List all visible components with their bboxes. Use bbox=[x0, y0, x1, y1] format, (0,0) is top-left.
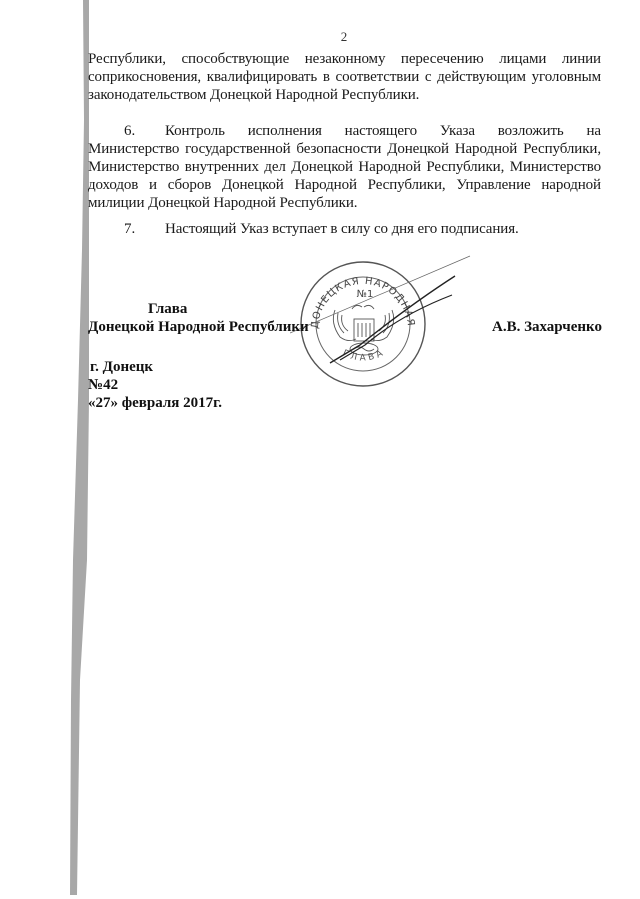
footer-date: «27» февраля 2017г. bbox=[88, 394, 222, 412]
signature-title-line-1: Глава bbox=[148, 300, 187, 318]
continuation-line-3: законодательством Донецкой Народной Респ… bbox=[88, 86, 601, 104]
item-6-line-3: Министерство внутренних дел Донецкой Нар… bbox=[88, 158, 601, 176]
item-7-number: 7. bbox=[124, 220, 135, 238]
footer-decree-number: №42 bbox=[88, 376, 118, 394]
signature-strokes bbox=[290, 256, 470, 363]
continuation-line-2: соприкосновения, квалифицировать в соотв… bbox=[88, 68, 601, 86]
item-7-line-1: Настоящий Указ вступает в силу со дня ег… bbox=[165, 220, 601, 238]
signature-title-line-2: Донецкой Народной Республики bbox=[88, 318, 309, 336]
page-number: 2 bbox=[338, 29, 350, 45]
continuation-line-1: Республики, способствующие незаконному п… bbox=[88, 50, 601, 68]
signatory-name: А.В. Захарченко bbox=[492, 318, 602, 336]
item-6-line-5: милиции Донецкой Народной Республики. bbox=[88, 194, 601, 212]
item-6-number: 6. bbox=[124, 122, 135, 140]
footer-city: г. Донецк bbox=[90, 358, 153, 376]
item-6-line-1: Контроль исполнения настоящего Указа воз… bbox=[165, 122, 601, 140]
official-stamp: ДОНЕЦКАЯ НАРОДНАЯ РЕСПУБЛИКА ГЛАВА №1 bbox=[290, 245, 490, 405]
item-6-line-2: Министерство государственной безопасност… bbox=[88, 140, 601, 158]
item-6-line-4: доходов и сборов Донецкой Народной Респу… bbox=[88, 176, 601, 194]
